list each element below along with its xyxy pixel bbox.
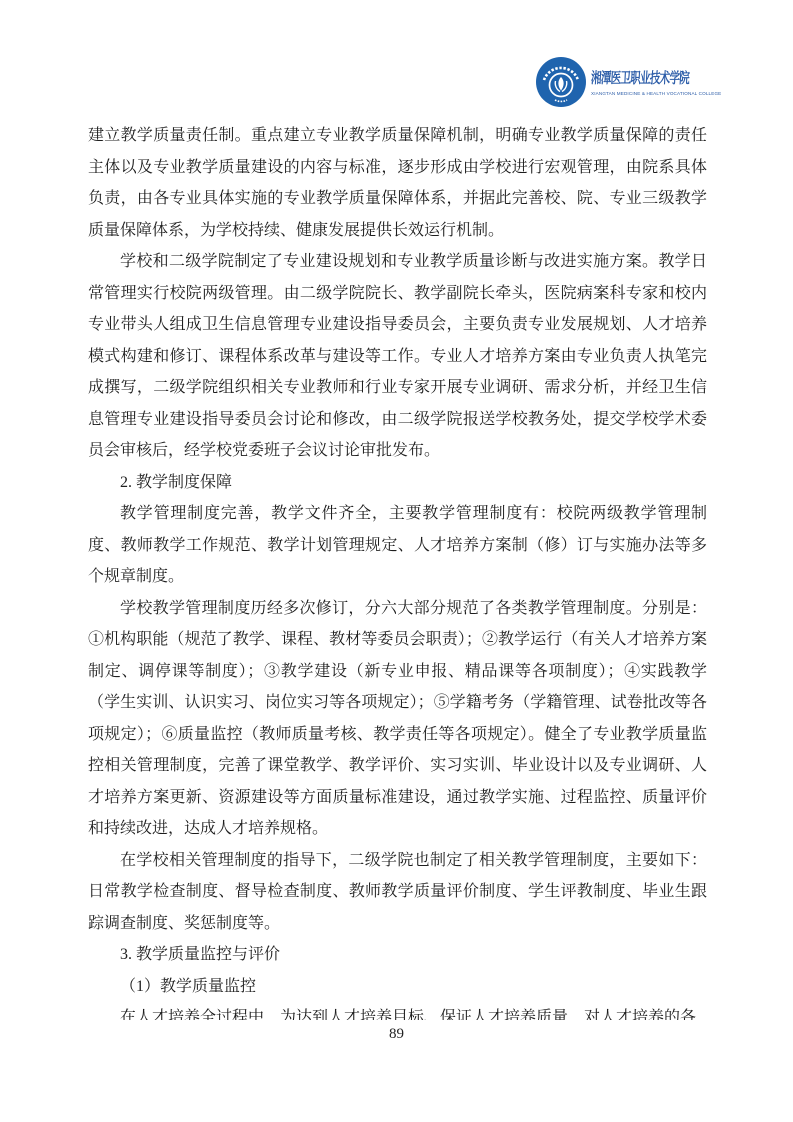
paragraph: 在学校相关管理制度的指导下，二级学院也制定了相关教学管理制度，主要如下：日常教学… <box>88 845 707 940</box>
paragraph: 教学管理制度完善，教学文件齐全，主要教学管理制度有：校院两级教学管理制度、教师教… <box>88 498 707 593</box>
section-heading: 3. 教学质量监控与评价 <box>88 939 707 971</box>
paragraph: 学校教学管理制度历经多次修订，分六大部分规范了各类教学管理制度。分别是：①机构职… <box>88 593 707 845</box>
page-number: 89 <box>0 1026 793 1043</box>
college-logo: 湘潭医卫职业技术学院 XIANGTAN MEDICINE & HEALTH VO… <box>535 56 693 108</box>
paragraph: 学校和二级学院制定了专业建设规划和专业教学质量诊断与改进实施方案。教学日常管理实… <box>88 246 707 467</box>
paragraph: 建立教学质量责任制。重点建立专业教学质量保障机制，明确专业教学质量保障的责任主体… <box>88 120 707 246</box>
college-emblem-icon <box>535 56 587 108</box>
paragraph: 在人才培养全过程中，为达到人才培养目标、保证人才培养质量，对人才培养的各 <box>88 1002 707 1020</box>
logo-cn-name: 湘潭医卫职业技术学院 <box>590 68 662 90</box>
logo-text: 湘潭医卫职业技术学院 XIANGTAN MEDICINE & HEALTH VO… <box>591 68 693 96</box>
section-heading: 2. 教学制度保障 <box>88 467 707 499</box>
section-heading: （1）教学质量监控 <box>88 971 707 1003</box>
logo-en-name: XIANGTAN MEDICINE & HEALTH VOCATIONAL CO… <box>591 91 693 96</box>
document-body: 建立教学质量责任制。重点建立专业教学质量保障机制，明确专业教学质量保障的责任主体… <box>88 120 707 1020</box>
document-page: 湘潭医卫职业技术学院 XIANGTAN MEDICINE & HEALTH VO… <box>0 0 793 1122</box>
